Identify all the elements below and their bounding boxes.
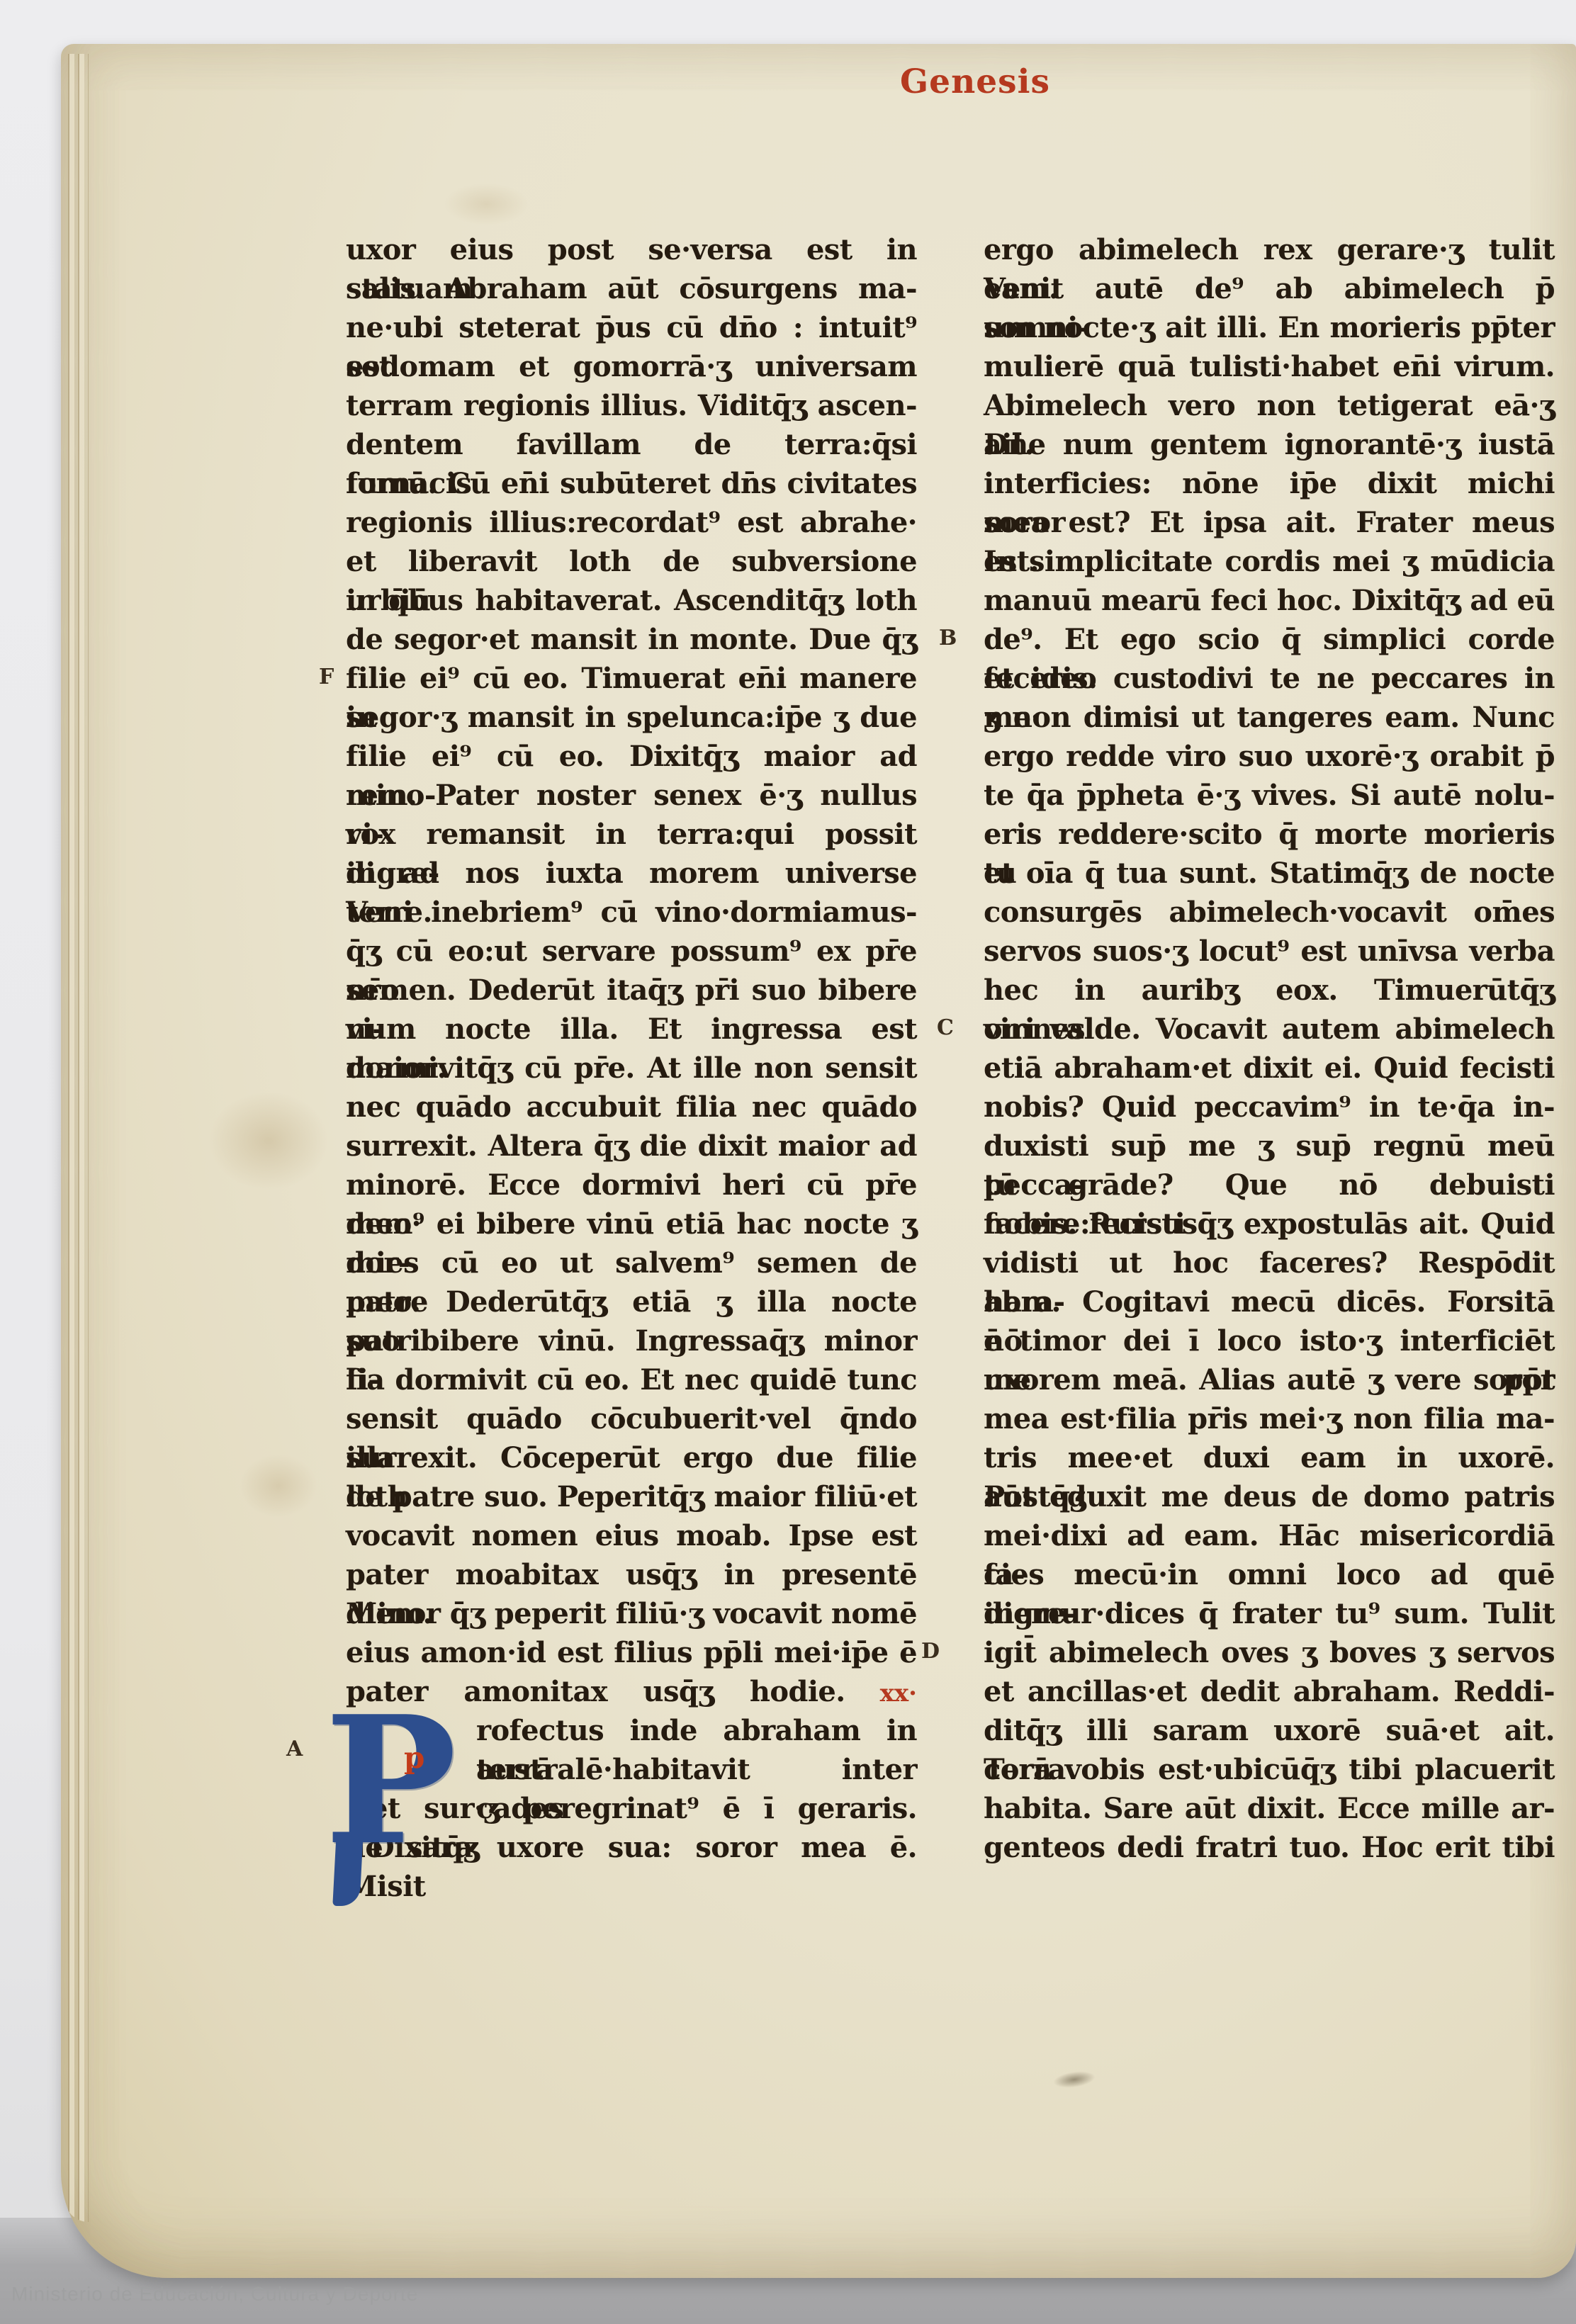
text-line: meo. Dederūtq̄ʒ etiā ʒ illa nocte patri <box>346 1282 917 1321</box>
margin-letter-F: F <box>319 665 334 689</box>
text-line: duxisti sup̄ me ʒ sup̄ regnū meū pecca- <box>984 1127 1555 1166</box>
text-line: pater moabitax usq̄ʒ in presentē diem. <box>346 1555 917 1594</box>
text-line: mea est? Et ipsa ait. Frater meus est. <box>984 503 1555 542</box>
text-line: ham. Cogitavi mecū dicēs. Forsitā nō <box>984 1282 1555 1321</box>
text-line: Venit autē de⁹ ab abimelech p̄ somni- <box>984 269 1555 308</box>
text-line: ne·ubi steterat p̄us cū dn̄o : intuit⁹ e… <box>346 308 917 347</box>
text-line: te q̄a p̄pheta ē·ʒ vives. Si autē nolu- <box>984 776 1555 815</box>
text-line: fumū. Cū en̄i subūteret dn̄s civitates <box>346 464 917 503</box>
text-line: ergo abimelech rex gerare·ʒ tulit eam. <box>984 230 1555 269</box>
text-line: suo bibere vinū. Ingressaq̄ʒ minor fi- <box>346 1321 917 1360</box>
text-line: viri valde. Vocavit autem abimelech <box>984 1010 1555 1049</box>
text-line: hec in auribʒ eox. Timuerūtq̄ʒ omnes <box>984 971 1555 1010</box>
text-line: uxor eius post se·versa est in statuam <box>346 230 917 269</box>
text-line: lia dormivit cū eo. Et nec quidē tunc <box>346 1360 917 1399</box>
text-line: vidisti ut hoc faceres? Respōdit abra- <box>984 1243 1555 1282</box>
text-line: genteos dedi fratri tuo. Hoc erit tibi <box>984 1828 1555 1867</box>
text-line: di ad nos iuxta morem universe terre. <box>346 854 917 893</box>
running-head-genesis: Genesis <box>798 62 1152 101</box>
paper-stain <box>208 1091 329 1190</box>
text-line: dem⁹ ei bibere vinū etiā hac nocte ʒ dor… <box>346 1205 917 1243</box>
text-line: segor·ʒ mansit in spelunca:ip̄e ʒ due <box>346 698 917 737</box>
scan-background: Genesis uxor eius post se·versa est in s… <box>0 0 1576 2324</box>
paper-stain <box>240 1454 317 1518</box>
text-line: filie ei⁹ cū eo. Timuerat en̄i manere in <box>346 659 917 698</box>
margin-letter-B: B <box>939 626 957 650</box>
text-line: ʒ non dimisi ut tangeres eam. Nunc <box>984 698 1555 737</box>
text-line: In simplicitate cordis mei ʒ mūdicia <box>984 542 1555 581</box>
text-line: num nocte illa. Et ingressa est maior: <box>346 1010 917 1049</box>
text-line: eius amon·id est filius pp̄li mei·ip̄e ē <box>346 1633 917 1672</box>
illuminated-initial-p: P p <box>325 1693 473 1899</box>
text-line: cies mecū·in omni loco ad quē ingre- <box>984 1555 1555 1594</box>
text-line: sensit quādo cōcubuerit·vel q̄ndo illa <box>346 1399 917 1438</box>
text-line: interficies: nōne ip̄e dixit michi soror <box>984 464 1555 503</box>
text-line: regionis illius:recordat⁹ est abrahe· <box>346 503 917 542</box>
text-line: Minor q̄ʒ peperit filiū·ʒ vocavit nomē <box>346 1594 917 1633</box>
text-line: servos suos·ʒ locut⁹ est unīvsa verba <box>984 932 1555 971</box>
text-line: dormivitq̄ʒ cū pr̄e. At ille non sensit <box>346 1049 917 1088</box>
chapter-numeral: xx· <box>845 1679 917 1708</box>
text-line: rox remansit in terra:qui possit ingre- <box>346 815 917 854</box>
text-line: ditq̄ʒ illi saram uxorē suā·et ait. Terr… <box>984 1711 1555 1750</box>
text-line: corā vobis est·ubicūq̄ʒ tibi placuerit <box>984 1750 1555 1789</box>
text-line: diemur·dices q̄ frater tu⁹ sum. Tulit <box>984 1594 1555 1633</box>
text-line: et liberavit loth de subversione urbiū <box>346 542 917 581</box>
text-line: filie ei⁹ cū eo. Dixitq̄ʒ maior ad mino- <box>346 737 917 776</box>
text-line: habita. Sare aūt dixit. Ecce mille ar- <box>984 1789 1555 1828</box>
text-line: rem. Pater noster senex ē·ʒ nullus vi- <box>346 776 917 815</box>
text-line: de patre suo. Peperitq̄ʒ maior filiū·et <box>346 1477 917 1516</box>
text-line: tris mee·et duxi eam in uxorē. Postq̄ʒ <box>984 1438 1555 1477</box>
margin-letter-A: A <box>286 1737 303 1761</box>
text-line: nobis. Rursusq̄ʒ expostulās ait. Quid <box>984 1205 1555 1243</box>
text-line: igit̄ abimelech oves ʒ boves ʒ servos <box>984 1633 1555 1672</box>
text-line: nec quādo accubuit filia nec quādo <box>346 1088 917 1127</box>
text-line: Abimelech vero non tetigerat eā·ʒ ait. <box>984 386 1555 425</box>
text-line: et oīa q̄ tua sunt. Statimq̄ʒ de nocte <box>984 854 1555 893</box>
text-line: australē·habitavit inter cades <box>476 1750 917 1789</box>
paper-stain <box>444 183 529 225</box>
text-line: minorē. Ecce dormivi heri cū pr̄e meo· <box>346 1166 917 1205</box>
ink-smudge <box>1052 2069 1096 2090</box>
book-page: Genesis uxor eius post se·versa est in s… <box>61 44 1576 2278</box>
margin-letter-D: D <box>921 1639 940 1664</box>
text-line: etiā abraham·et dixit ei. Quid fecisti <box>984 1049 1555 1088</box>
text-line: ergo redde viro suo uxorē·ʒ orabit p̄ <box>984 737 1555 776</box>
text-line: mies cū eo ut salvem⁹ semen de patre <box>346 1243 917 1282</box>
text-line: surrexit. Altera q̄ʒ die dixit maior ad <box>346 1127 917 1166</box>
text-line: q̄ʒ cū eo:ut servare possum⁹ ex pr̄e nr̄… <box>346 932 917 971</box>
text-line: um nocte·ʒ ait illi. En morieris pp̄ter <box>984 308 1555 347</box>
text-line: semen. Dederūt itaq̄ʒ pr̄i suo bibere vi… <box>346 971 917 1010</box>
text-line: Veni inebriem⁹ cū vino·dormiamus- <box>346 893 917 932</box>
text-line: rofectus inde abraham in terrā <box>476 1711 917 1750</box>
text-line: mei·dixi ad eam. Hāc misericordiā fa- <box>984 1516 1555 1555</box>
text-line: mea est·filia pr̄is mei·ʒ non filia ma- <box>984 1399 1555 1438</box>
text-line: Dn̄e num gentem ignorantē·ʒ iustā <box>984 425 1555 464</box>
text-line: manuū mearū feci hoc. Dixitq̄ʒ ad eū <box>984 581 1555 620</box>
text-line: in q̄bus habitaverat. Ascenditq̄ʒ loth <box>346 581 917 620</box>
watermark: Ministerio de Educación, Cultura y Depor… <box>11 2283 418 2306</box>
page-edge-stack <box>64 54 89 2222</box>
text-line: et ideo custodivi te ne peccares in me· <box>984 659 1555 698</box>
text-line: terram regionis illius. Viditq̄ʒ ascen- <box>346 386 917 425</box>
text-line: tū grāde? Que nō debuisti facere:fecisti <box>984 1166 1555 1205</box>
text-line: sodomam et gomorrā·ʒ universam <box>346 347 917 386</box>
text-line: consurgēs abimelech·vocavit om̄es <box>984 893 1555 932</box>
text-line: dentem favillam de terra:q̄si fornacis <box>346 425 917 464</box>
text-column-right: ergo abimelech rex gerare·ʒ tulit eam.Ve… <box>984 230 1555 1867</box>
text-line: nobis? Quid peccavim⁹ in te·q̄a in- <box>984 1088 1555 1127</box>
text-line: eris reddere·scito q̄ morte morieris tu <box>984 815 1555 854</box>
initial-guide-letter: p <box>404 1740 424 1775</box>
text-line: de segor·et mansit in monte. Due q̄ʒ <box>346 620 917 659</box>
text-line: mulierē quā tulisti·habet en̄i virum. <box>984 347 1555 386</box>
initial-descender <box>332 1832 363 1906</box>
margin-letter-C: C <box>937 1015 954 1040</box>
text-line: surrexit. Cōceperūt ergo due filie loth <box>346 1438 917 1477</box>
text-line: salis. Abraham aūt cōsurgens ma- <box>346 269 917 308</box>
text-line: aūt eduxit me deus de domo patris <box>984 1477 1555 1516</box>
text-column-left: uxor eius post se·versa est in statuamsa… <box>346 230 917 1867</box>
text-line: ē timor dei ī loco isto·ʒ interficiēt me… <box>984 1321 1555 1360</box>
text-line: vocavit nomen eius moab. Ipse est <box>346 1516 917 1555</box>
text-line: uxorem meā. Alias autē ʒ vere soror <box>984 1360 1555 1399</box>
text-line: de⁹. Et ego scio q̄ simplici corde fecer… <box>984 620 1555 659</box>
text-line: et ancillas·et dedit abraham. Reddi- <box>984 1672 1555 1711</box>
